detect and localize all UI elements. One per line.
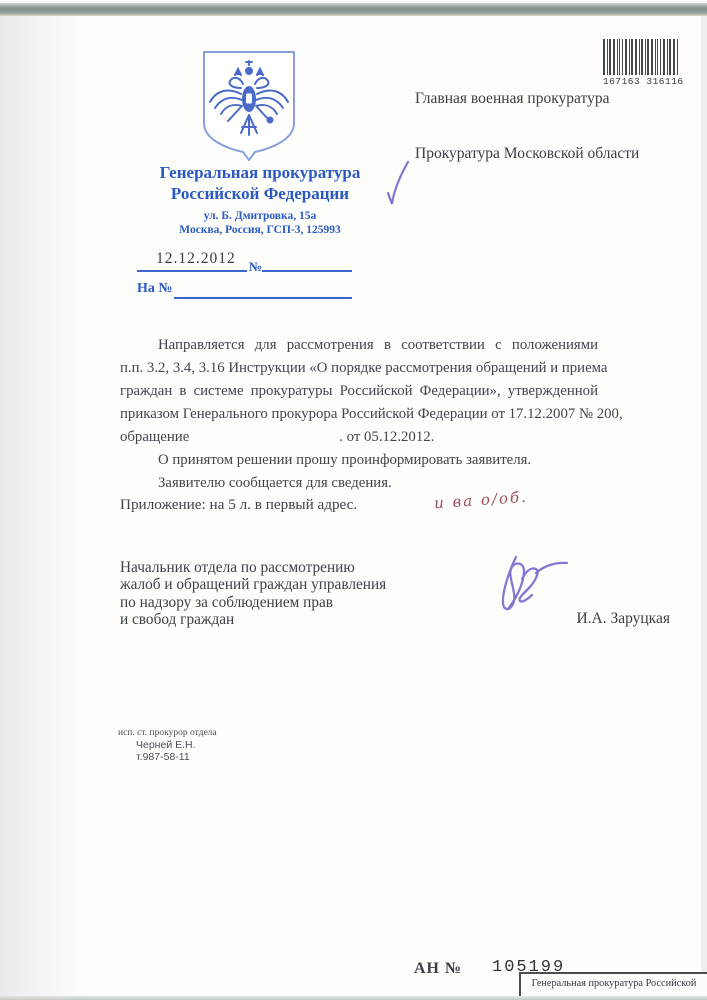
body-appeal-word: обращение	[120, 429, 189, 445]
recipient-moscow-region-prosecutor: Прокуратура Московской области	[415, 145, 639, 163]
barcode-digits: 167163 316116	[603, 76, 702, 87]
signer-title-line: жалоб и обращений граждан управления	[120, 576, 386, 593]
signer-title-line: и свобод граждан	[120, 611, 386, 628]
footer-stamp-text: Генеральная прокуратура Российской	[521, 974, 707, 989]
signer-title: Начальник отдела по рассмотрению жалоб и…	[120, 559, 386, 629]
executor-title: исп. ст. прокурор отдела	[118, 727, 217, 739]
scanner-edge-top	[0, 3, 707, 16]
handwritten-signature	[478, 551, 573, 623]
body-appeal-date: . от 05.12.2012.	[339, 429, 434, 445]
scanner-edge-bottom	[0, 996, 707, 1000]
barcode-bars	[603, 39, 702, 75]
number-label: №	[249, 259, 262, 275]
coat-of-arms-icon	[197, 47, 301, 165]
signer-name: И.А. Заруцкая	[560, 610, 670, 628]
form-series-label: АН №	[414, 960, 462, 978]
org-name: Генеральная прокуратура Российской Федер…	[118, 162, 402, 204]
paper-edge-shadow-left	[0, 16, 85, 1000]
body-paragraph-2: О принятом решении прошу проинформироват…	[120, 449, 598, 472]
barcode: 167163 316116	[603, 39, 702, 87]
org-address-line2: Москва, Россия, ГСП-3, 125993	[118, 223, 402, 237]
letter-body: Направляется для рассмотрения в соответс…	[120, 334, 598, 495]
attachment-note: Приложение: на 5 л. в первый адрес.	[120, 496, 357, 514]
body-line-redacted: обращение. от 05.12.2012.	[120, 426, 598, 449]
executor-phone: т.987-58-11	[118, 751, 217, 763]
executor-name: Черней Е.Н.	[118, 739, 217, 751]
org-name-line2: Российской Федерации	[118, 183, 402, 204]
scanned-letter-page: Генеральная прокуратура Российской Федер…	[0, 0, 707, 1000]
body-line: приказом Генерального прокурора Российск…	[120, 403, 598, 426]
date-underline	[137, 252, 247, 272]
body-line: п.п. 3.2, 3.4, 3.16 Инструкции «О порядк…	[120, 357, 598, 380]
number-underline	[262, 252, 352, 272]
org-address: ул. Б. Дмитровка, 15а Москва, Россия, ГС…	[118, 209, 402, 237]
reply-to-number-label: На №	[137, 281, 172, 297]
handwritten-checkmark-icon	[387, 160, 411, 210]
org-address-line1: ул. Б. Дмитровка, 15а	[118, 209, 402, 223]
body-line: граждан в системе прокуратуры Российской…	[120, 380, 598, 403]
signer-title-line: по надзору за соблюдением прав	[120, 594, 386, 611]
executor-block: исп. ст. прокурор отдела Черней Е.Н. т.9…	[118, 727, 217, 763]
signer-title-line: Начальник отдела по рассмотрению	[120, 559, 386, 576]
reply-to-number-underline	[174, 279, 352, 299]
paper-edge-shadow-right	[701, 16, 707, 1000]
body-line: Направляется для рассмотрения в соответс…	[120, 334, 598, 357]
org-name-line1: Генеральная прокуратура	[118, 162, 402, 183]
recipient-main-military-prosecutor: Главная военная прокуратура	[415, 90, 609, 108]
